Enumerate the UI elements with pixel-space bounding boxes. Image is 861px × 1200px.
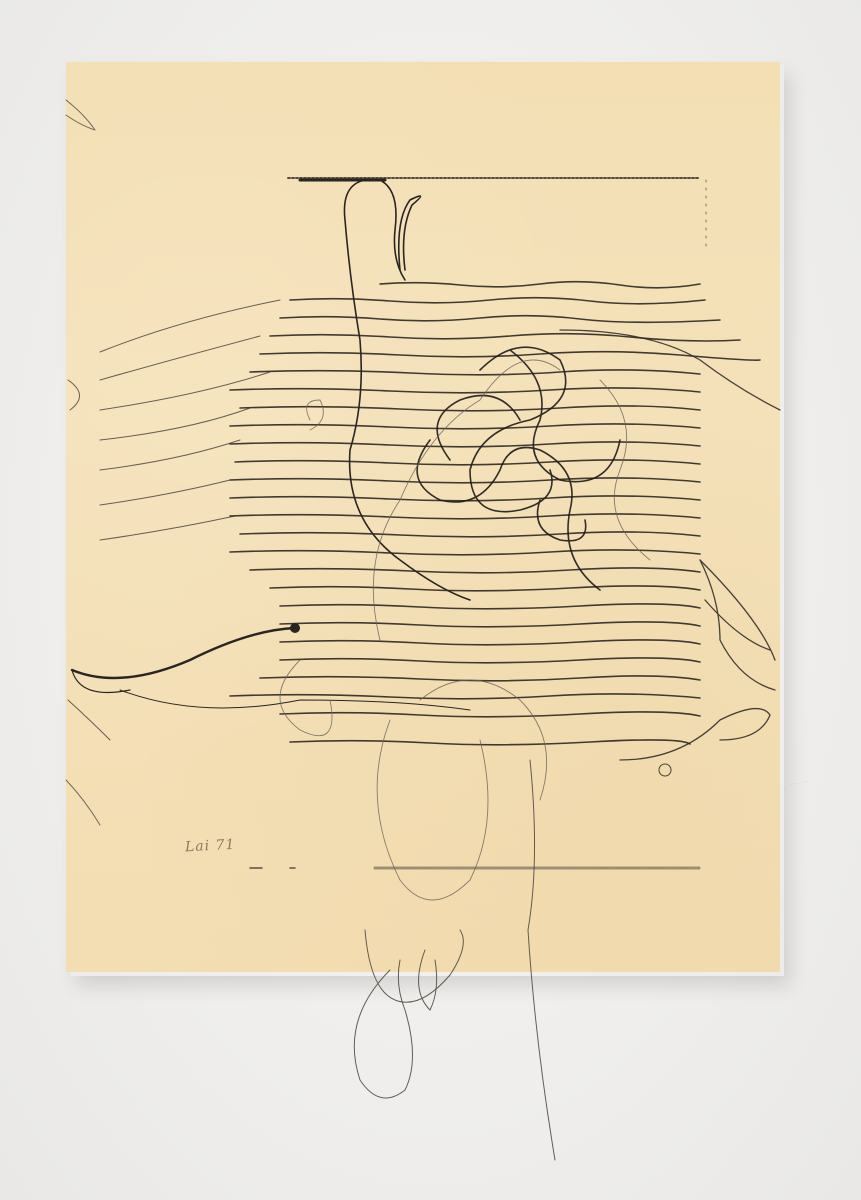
hanging-threads [354, 760, 555, 1160]
thread-right-side [560, 330, 780, 776]
thread-left-sweep [72, 623, 470, 710]
thread-drawing [0, 0, 861, 1200]
typed-text-lines [230, 282, 760, 745]
corner-thread-marks [66, 100, 100, 825]
horizontal-threads-left [68, 300, 280, 740]
thread-light-loops [280, 360, 650, 900]
artist-signature: Lai 71 [185, 837, 236, 856]
